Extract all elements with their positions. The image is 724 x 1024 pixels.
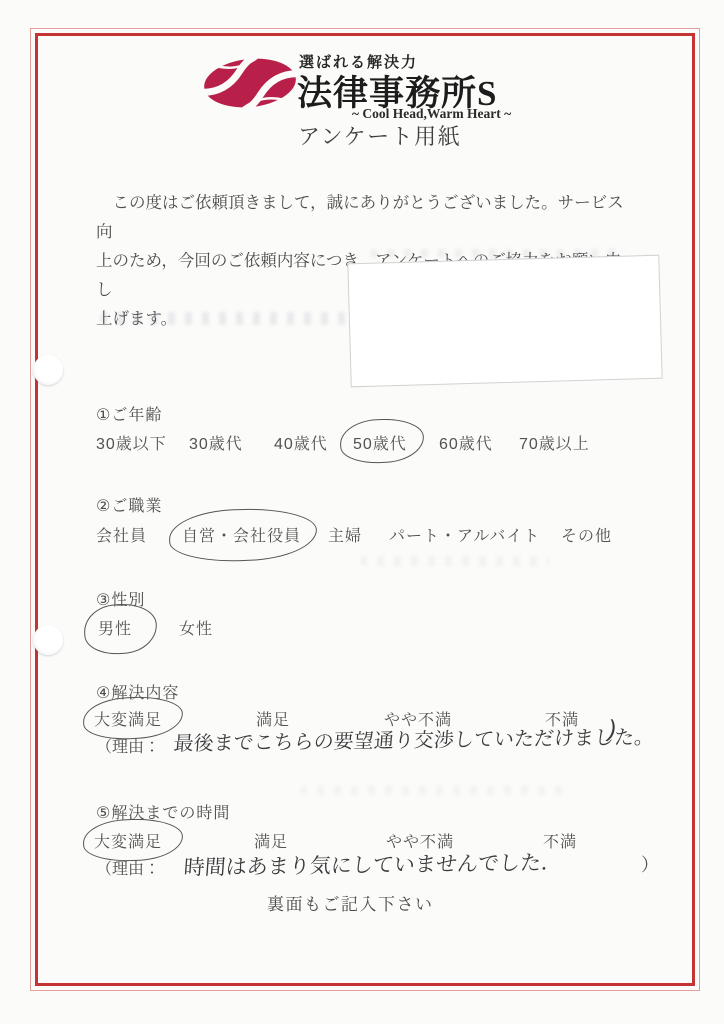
punch-hole-top bbox=[33, 355, 63, 385]
ghost-writing bbox=[100, 312, 362, 325]
firm-logo-icon bbox=[203, 57, 297, 109]
punch-hole-bottom bbox=[33, 625, 63, 655]
ghost-writing bbox=[360, 556, 550, 566]
handwritten-reason: 時間はあまり気にしていませんでした． bbox=[183, 846, 564, 881]
ghost-writing bbox=[300, 786, 570, 795]
correction-patch bbox=[347, 255, 662, 388]
